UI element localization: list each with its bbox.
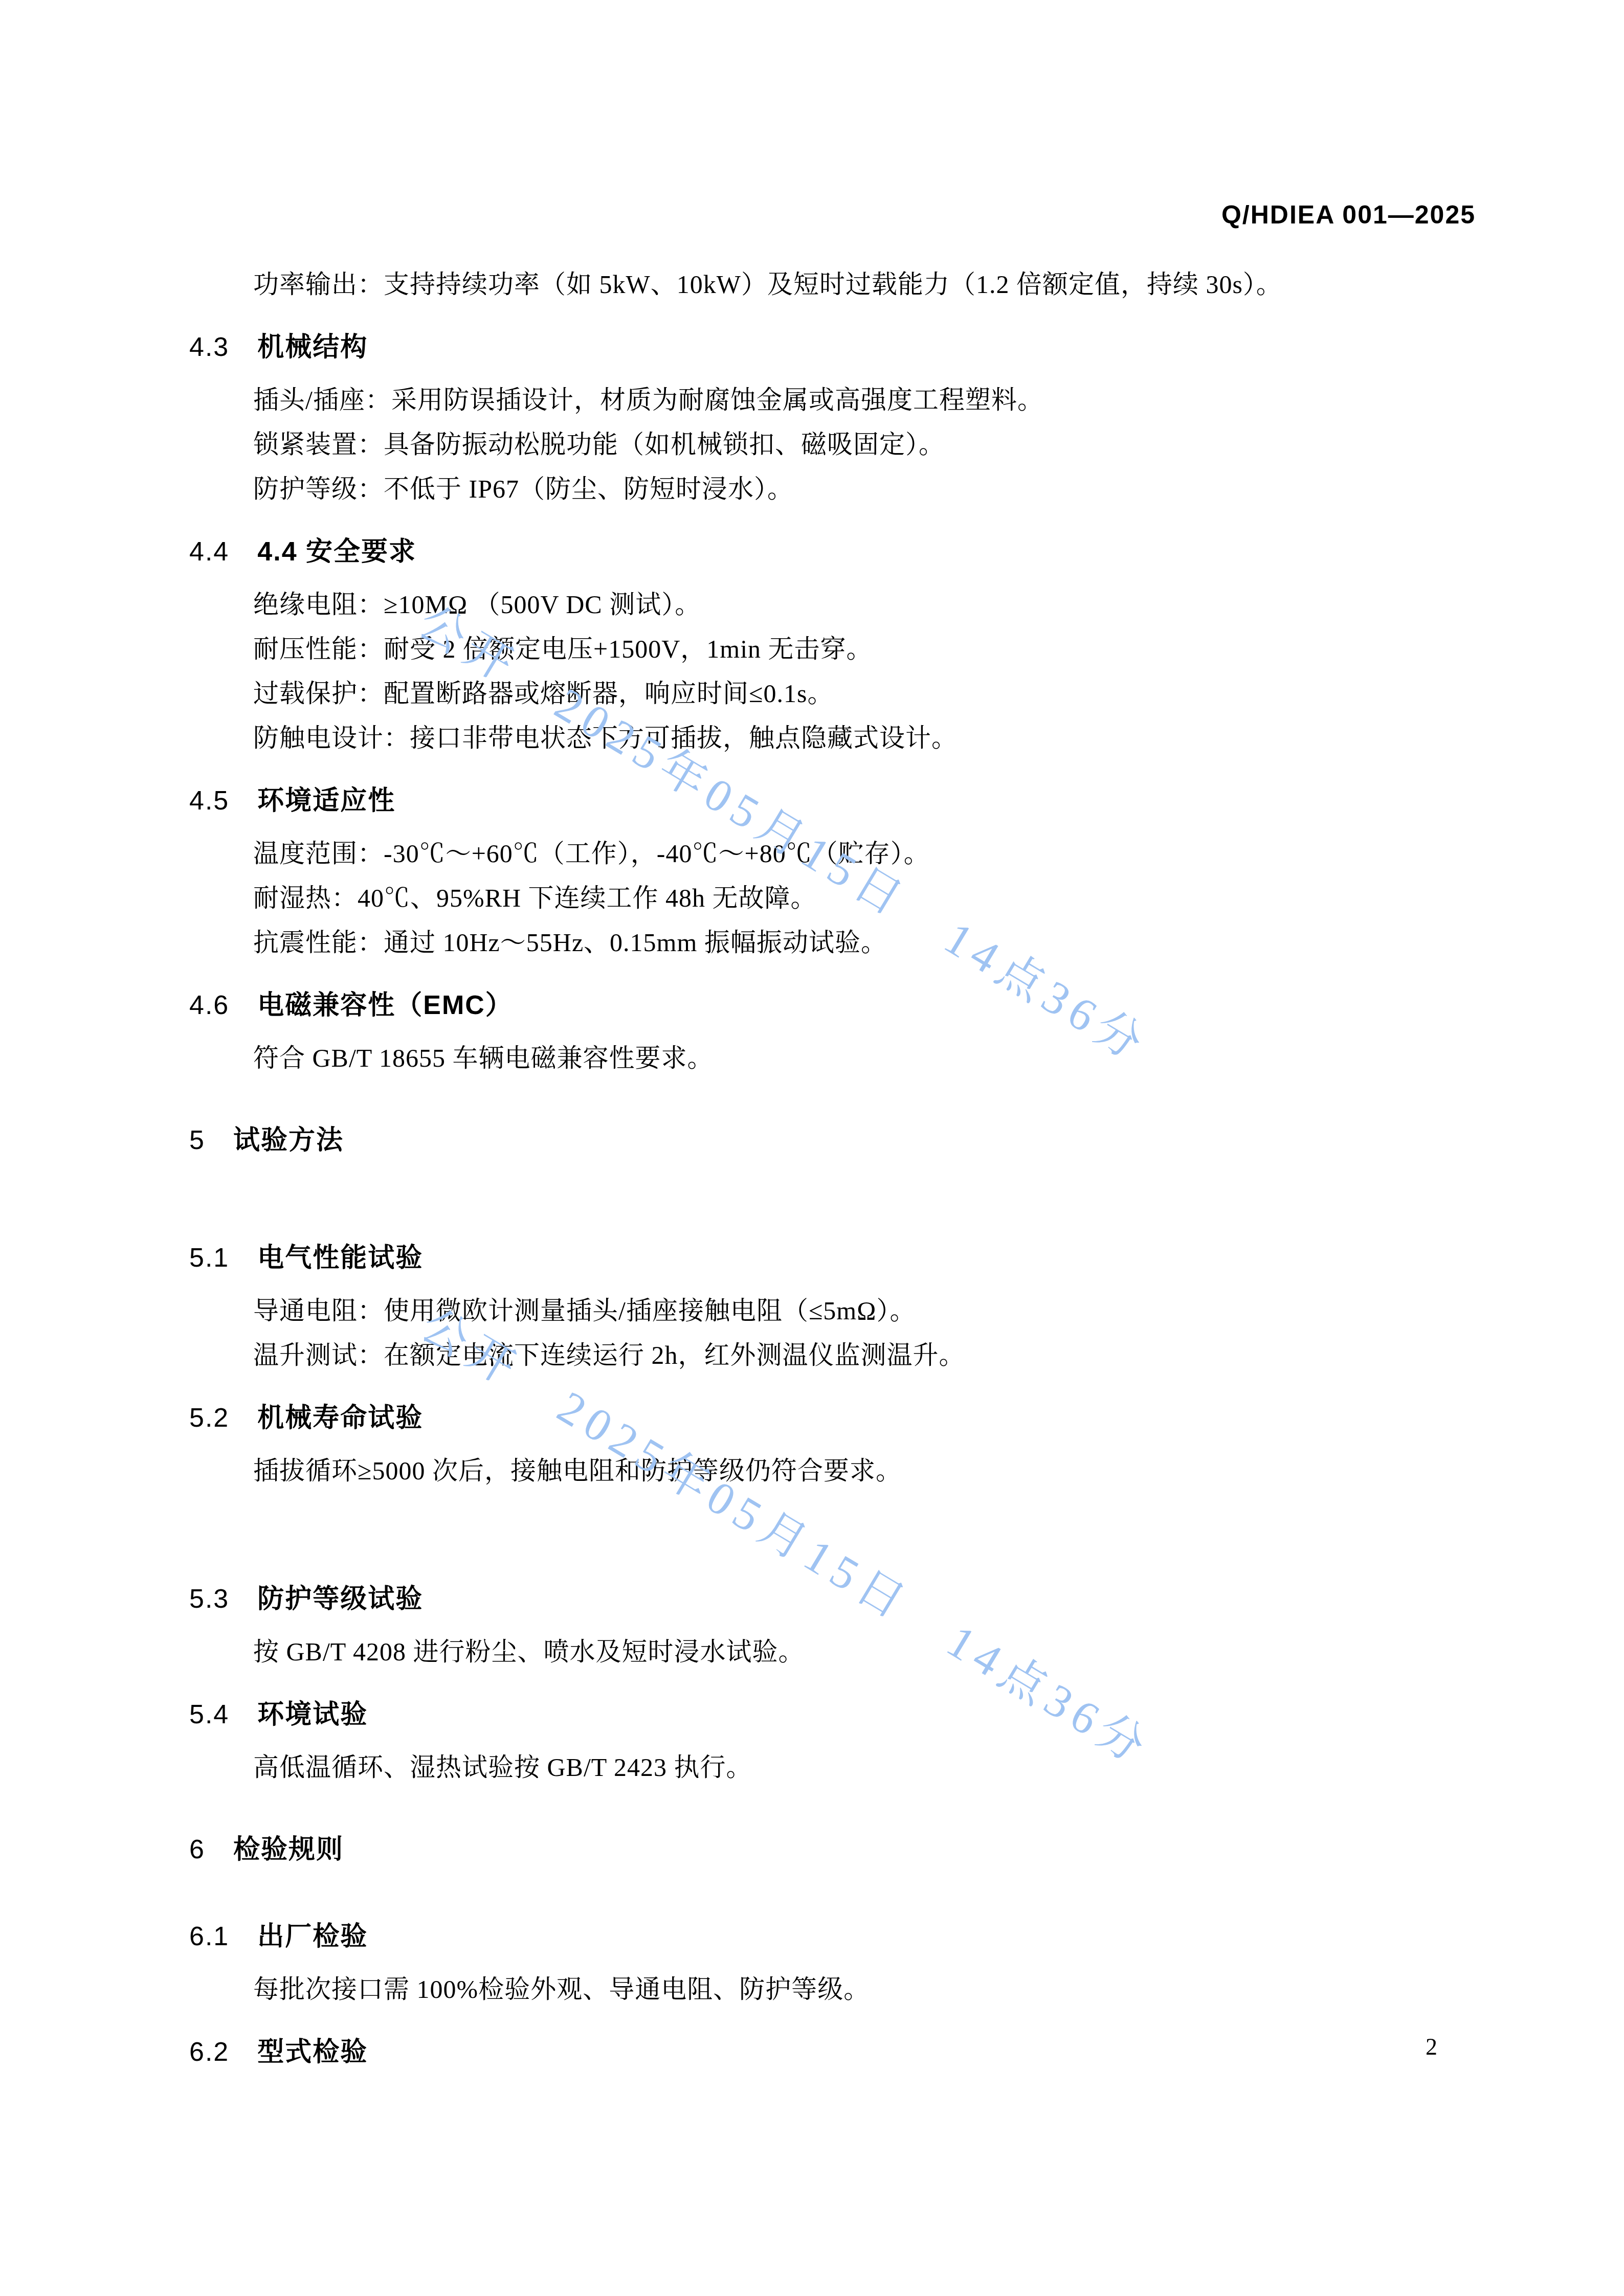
heading-number: 6.1 (189, 1923, 229, 1950)
heading-title: 环境适应性 (257, 787, 395, 815)
para-emc-compliance: 符合 GB/T 18655 车辆电磁兼容性要求。 (189, 1045, 714, 1071)
heading-title: 防护等级试验 (257, 1585, 423, 1613)
heading-6-1-factory-inspection: 6.1 出厂检验 (189, 1923, 368, 1950)
heading-title: 4.4 安全要求 (257, 538, 416, 566)
heading-title: 环境试验 (257, 1701, 368, 1728)
para-withstand-voltage: 耐压性能：耐受 2 倍额定电压+1500V，1min 无击穿。 (189, 636, 873, 662)
heading-title: 电气性能试验 (257, 1244, 423, 1272)
heading-5-3-ip-test: 5.3 防护等级试验 (189, 1585, 423, 1613)
para-insulation-resistance: 绝缘电阻：≥10MΩ （500V DC 测试）。 (189, 591, 701, 618)
heading-number: 4.5 (189, 787, 229, 815)
heading-title: 试验方法 (233, 1127, 344, 1154)
page-number: 2 (1426, 2035, 1437, 2059)
heading-title: 出厂检验 (257, 1923, 368, 1950)
heading-number: 5 (189, 1127, 205, 1154)
para-vibration-resistance: 抗震性能：通过 10Hz～55Hz、0.15mm 振幅振动试验。 (189, 929, 887, 956)
heading-number: 6 (189, 1836, 205, 1863)
heading-title: 电磁兼容性（EMC） (257, 992, 513, 1019)
para-temperature-range: 温度范围：-30℃～+60℃（工作），-40℃～+80℃（贮存）。 (189, 840, 930, 867)
heading-title: 型式检验 (257, 2038, 368, 2066)
heading-5-4-env-test: 5.4 环境试验 (189, 1701, 368, 1728)
heading-4-3-mechanical: 4.3 机械结构 (189, 333, 368, 361)
para-temperature-rise: 温升测试：在额定电流下连续运行 2h，红外测温仪监测温升。 (189, 1342, 965, 1368)
para-plug-cycles: 插拔循环≥5000 次后，接触电阻和防护等级仍符合要求。 (189, 1457, 902, 1484)
heading-5-1-electrical-test: 5.1 电气性能试验 (189, 1244, 423, 1272)
para-env-test-method: 高低温循环、湿热试验按 GB/T 2423 执行。 (189, 1754, 752, 1781)
heading-number: 4.4 (189, 538, 229, 566)
heading-6-inspection-rules: 6 检验规则 (189, 1836, 344, 1863)
para-anti-shock-design: 防触电设计：接口非带电状态下方可插拔，触点隐藏式设计。 (189, 725, 958, 751)
document-page: 公开 2025年05月15日 14点36分 公开 2025年05月15日 14点… (0, 0, 1624, 2296)
doc-number-header: Q/HDIEA 001—2025 (1221, 202, 1476, 228)
document-content: Q/HDIEA 001—2025 功率输出：支持持续功率（如 5kW、10kW）… (0, 0, 1624, 2066)
heading-number: 5.3 (189, 1585, 229, 1613)
heading-number: 4.3 (189, 333, 229, 361)
para-conduction-resistance: 导通电阻：使用微欧计测量插头/插座接触电阻（≤5mΩ）。 (189, 1297, 916, 1324)
heading-title: 机械结构 (257, 333, 368, 361)
heading-title: 检验规则 (233, 1836, 344, 1863)
para-locking-device: 锁紧装置：具备防振动松脱功能（如机械锁扣、磁吸固定）。 (189, 431, 945, 458)
para-power-output: 功率输出：支持持续功率（如 5kW、10kW）及短时过载能力（1.2 倍额定值，… (189, 271, 1282, 298)
heading-6-2-type-inspection: 6.2 型式检验 (189, 2038, 368, 2066)
heading-4-4-safety: 4.4 4.4 安全要求 (189, 538, 416, 566)
para-humidity-resistance: 耐湿热：40℃、95%RH 下连续工作 48h 无故障。 (189, 885, 817, 911)
heading-5-2-mechanical-life: 5.2 机械寿命试验 (189, 1404, 423, 1432)
heading-5-test-methods: 5 试验方法 (189, 1127, 344, 1154)
para-protection-grade: 防护等级：不低于 IP67（防尘、防短时浸水）。 (189, 476, 793, 502)
heading-number: 5.2 (189, 1404, 229, 1432)
para-plug-socket: 插头/插座：采用防误插设计，材质为耐腐蚀金属或高强度工程塑料。 (189, 387, 1043, 413)
para-ip-test-method: 按 GB/T 4208 进行粉尘、喷水及短时浸水试验。 (189, 1638, 805, 1665)
heading-number: 4.6 (189, 992, 229, 1019)
heading-title: 机械寿命试验 (257, 1404, 423, 1432)
para-factory-inspection: 每批次接口需 100%检验外观、导通电阻、防护等级。 (189, 1976, 870, 2002)
heading-4-6-emc: 4.6 电磁兼容性（EMC） (189, 992, 513, 1019)
heading-number: 5.1 (189, 1244, 229, 1272)
heading-number: 6.2 (189, 2038, 229, 2066)
heading-4-5-environment: 4.5 环境适应性 (189, 787, 395, 815)
para-overload-protection: 过载保护：配置断路器或熔断器，响应时间≤0.1s。 (189, 680, 833, 707)
heading-number: 5.4 (189, 1701, 229, 1728)
